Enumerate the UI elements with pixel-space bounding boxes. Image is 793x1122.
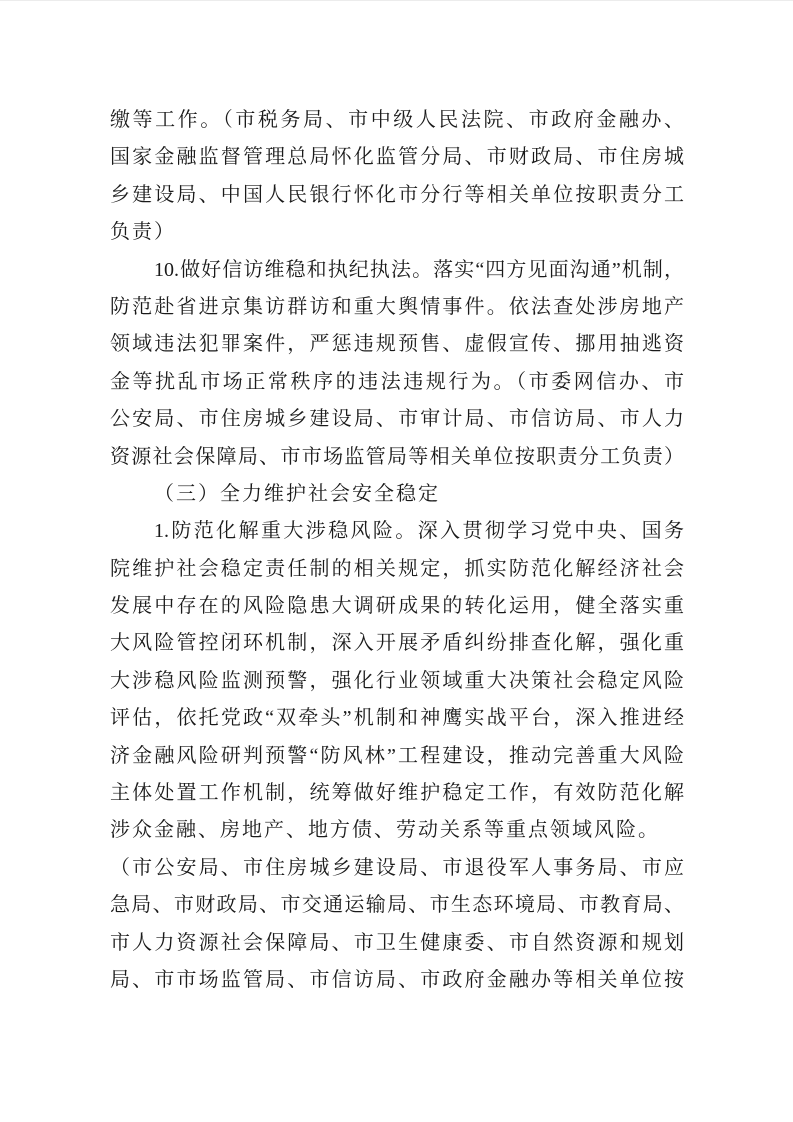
body-text-line: 急局、市财政局、市交通运输局、市生态环境局、市教育局、: [110, 887, 684, 924]
body-text-line: 济金融风险研判预警“防风林”工程建设，推动完善重大风险: [110, 738, 684, 775]
body-text-line: 公安局、市住房城乡建设局、市审计局、市信访局、市人力: [110, 401, 684, 438]
body-text-line: 评估，依托党政“双牵头”机制和神鹰实战平台，深入推进经: [110, 700, 684, 737]
body-text-line: 乡建设局、中国人民银行怀化市分行等相关单位按职责分工: [110, 177, 684, 214]
body-text-line: 院维护社会稳定责任制的相关规定，抓实防范化解经济社会: [110, 551, 684, 588]
body-text-line: 国家金融监督管理总局怀化监管分局、市财政局、市住房城: [110, 139, 684, 176]
body-text-line: 涉众金融、房地产、地方债、劳动关系等重点领域风险。: [110, 812, 684, 849]
document-page: 缴等工作。（市税务局、市中级人民法院、市政府金融办、 国家金融监督管理总局怀化监…: [0, 0, 793, 1122]
body-text-line: 主体处置工作机制，统筹做好维护稳定工作，有效防范化解: [110, 775, 684, 812]
body-text-line: 负责）: [110, 214, 684, 251]
body-text-line: 防范赴省进京集访群访和重大舆情事件。依法查处涉房地产: [110, 289, 684, 326]
page-top-edge: [0, 0, 793, 1]
body-text-line: 发展中存在的风险隐患大调研成果的转化运用，健全落实重: [110, 588, 684, 625]
body-text-line: 资源社会保障局、市市场监管局等相关单位按职责分工负责）: [110, 439, 684, 476]
body-text-line: 市人力资源社会保障局、市卫生健康委、市自然资源和规划: [110, 925, 684, 962]
body-text-line: 金等扰乱市场正常秩序的违法违规行为。（市委网信办、市: [110, 364, 684, 401]
body-text-line: 缴等工作。（市税务局、市中级人民法院、市政府金融办、: [110, 102, 684, 139]
document-text-block: 缴等工作。（市税务局、市中级人民法院、市政府金融办、 国家金融监督管理总局怀化监…: [110, 102, 684, 999]
paragraph-start-line: 10.做好信访维稳和执纪执法。落实“四方见面沟通”机制，: [110, 252, 684, 289]
paragraph-start-line: 1.防范化解重大涉稳风险。深入贯彻学习党中央、国务: [110, 513, 684, 550]
body-text-line: （市公安局、市住房城乡建设局、市退役军人事务局、市应: [110, 850, 684, 887]
body-text-line: 局、市市场监管局、市信访局、市政府金融办等相关单位按: [110, 962, 684, 999]
body-text-line: 大涉稳风险监测预警，强化行业领域重大决策社会稳定风险: [110, 663, 684, 700]
section-heading-line: （三）全力维护社会安全稳定: [110, 476, 684, 513]
body-text-line: 大风险管控闭环机制，深入开展矛盾纠纷排查化解，强化重: [110, 625, 684, 662]
body-text-line: 领域违法犯罪案件，严惩违规预售、虚假宣传、挪用抽逃资: [110, 326, 684, 363]
